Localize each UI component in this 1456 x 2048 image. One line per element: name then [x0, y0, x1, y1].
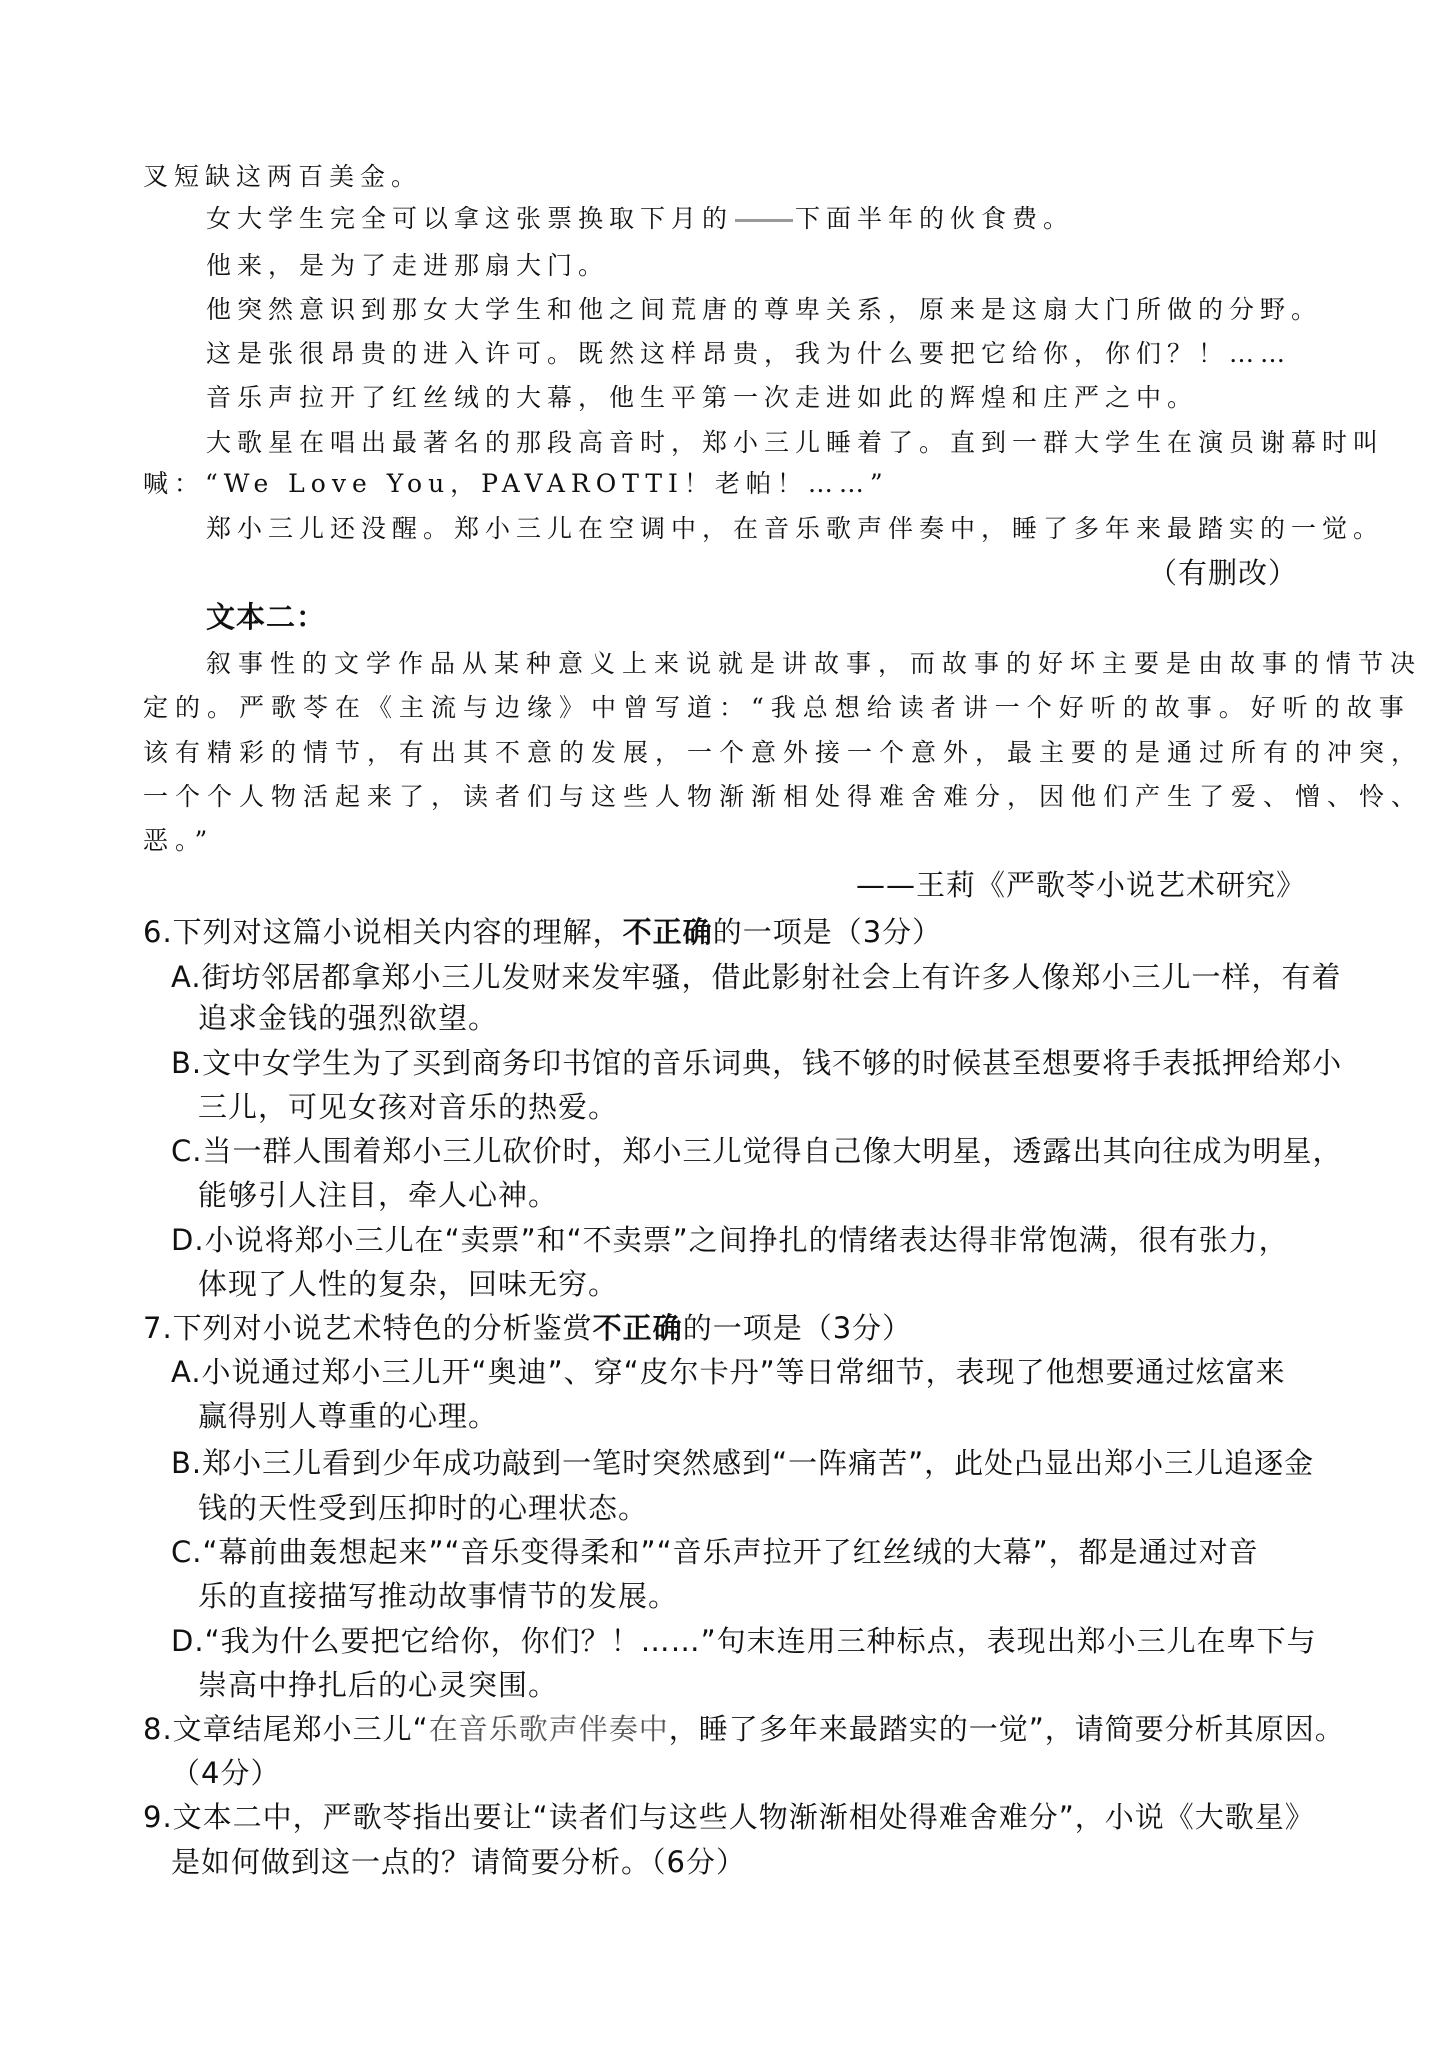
em-dash	[735, 219, 793, 222]
option-text: “我为什么要把它给你，你们？！……”句末连用三种标点，表现出郑小三儿在卑下与	[205, 1624, 1317, 1658]
stem-emphasis: 不正确	[593, 1311, 683, 1345]
question-7-stem: 7.下列对小说艺术特色的分析鉴赏不正确的一项是（3分）	[143, 1308, 912, 1348]
story-line: 女大学生完全可以拿这张票换取下月的下面半年的伙食费。	[206, 199, 1074, 239]
abridged-note: （有删改）	[900, 553, 1298, 593]
story-line-part: 女大学生完全可以拿这张票换取下月的	[206, 204, 733, 233]
story-line: 叉短缺这两百美金。	[143, 157, 422, 197]
option-letter: B.	[171, 1446, 202, 1480]
option-text: 小说通过郑小三儿开“奥迪”、穿“皮尔卡丹”等日常细节，表现了他想要通过炫富来	[202, 1355, 1286, 1389]
text-two-heading: 文本二：	[206, 597, 326, 637]
question-8-stem: 8.文章结尾郑小三儿“在音乐歌声伴奏中，睡了多年来最踏实的一觉”，请简要分析其原…	[143, 1709, 1345, 1749]
stem-emphasis: 不正确	[623, 915, 713, 949]
option-letter: D.	[171, 1223, 205, 1257]
text-two-line: 定的。严歌苓在《主流与边缘》中曾写道：“我总想给读者讲一个好听的故事。好听的故事	[143, 688, 1411, 728]
question-6-option-c: C.当一群人围着郑小三儿砍价时，郑小三儿觉得自己像大明星，透露出其向往成为明星，	[171, 1131, 1342, 1171]
option-text: “幕前曲轰想起来”“音乐变得柔和”“音乐声拉开了红丝绒的大幕”，都是通过对音	[202, 1535, 1258, 1569]
question-7-option-d: D.“我为什么要把它给你，你们？！……”句末连用三种标点，表现出郑小三儿在卑下与	[171, 1621, 1317, 1661]
stem-text: 的一项是（3分）	[713, 915, 942, 949]
question-6-option-b: B.文中女学生为了买到商务印书馆的音乐词典，钱不够的时候甚至想要将手表抵押给郑小	[171, 1043, 1342, 1083]
option-text: 当一群人围着郑小三儿砍价时，郑小三儿觉得自己像大明星，透露出其向往成为明星，	[202, 1134, 1342, 1168]
option-letter: B.	[171, 1046, 202, 1080]
option-text-cont: 钱的天性受到压抑时的心理状态。	[198, 1488, 648, 1528]
question-6-option-d: D.小说将郑小三儿在“卖票”和“不卖票”之间挣扎的情绪表达得非常饱满，很有张力，	[171, 1220, 1289, 1260]
story-line-part: 下面半年的伙食费。	[795, 204, 1074, 233]
question-7-option-c: C.“幕前曲轰想起来”“音乐变得柔和”“音乐声拉开了红丝绒的大幕”，都是通过对音	[171, 1532, 1259, 1572]
text-two-line: 一个个人物活起来了，读者们与这些人物渐渐相处得难舍难分，因他们产生了爱、憎、怜、	[143, 777, 1423, 817]
option-text-cont: 乐的直接描写推动故事情节的发展。	[198, 1576, 678, 1616]
question-9-stem-cont: 是如何做到这一点的？请简要分析。（6分）	[171, 1842, 746, 1882]
question-6-option-a: A.街坊邻居都拿郑小三儿发财来发牢骚，借此影射社会上有许多人像郑小三儿一样，有着	[171, 957, 1342, 997]
option-text-cont: 赢得别人尊重的心理。	[198, 1396, 498, 1436]
question-7-option-a: A.小说通过郑小三儿开“奥迪”、穿“皮尔卡丹”等日常细节，表现了他想要通过炫富来	[171, 1352, 1286, 1392]
option-text: 小说将郑小三儿在“卖票”和“不卖票”之间挣扎的情绪表达得非常饱满，很有张力，	[205, 1223, 1289, 1257]
story-line: 他突然意识到那女大学生和他之间荒唐的尊卑关系，原来是这扇大门所做的分野。	[206, 290, 1322, 330]
stem-text: 6.下列对这篇小说相关内容的理解，	[143, 915, 623, 949]
option-letter: C.	[171, 1535, 202, 1569]
option-text-cont: 追求金钱的强烈欲望。	[198, 998, 498, 1038]
question-8-score: （4分）	[171, 1753, 280, 1793]
stem-text: 的一项是（3分）	[683, 1311, 912, 1345]
option-text-cont: 三儿，可见女孩对音乐的热爱。	[198, 1087, 618, 1127]
option-text-cont: 体现了人性的复杂，回味无穷。	[198, 1264, 618, 1304]
story-line: 郑小三儿还没醒。郑小三儿在空调中，在音乐歌声伴奏中，睡了多年来最踏实的一觉。	[206, 509, 1384, 549]
stem-text: ，睡了多年来最踏实的一觉”，请简要分析其原因。	[669, 1712, 1345, 1746]
option-letter: D.	[171, 1624, 205, 1658]
text-two-line: 该有精彩的情节，有出其不意的发展，一个意外接一个意外，最主要的是通过所有的冲突，	[143, 733, 1423, 773]
stem-text: 7.下列对小说艺术特色的分析鉴赏	[143, 1311, 593, 1345]
citation: ——王莉《严歌苓小说艺术研究》	[700, 865, 1306, 905]
option-letter: A.	[171, 960, 202, 994]
question-7-option-b: B.郑小三儿看到少年成功敲到一笔时突然感到“一阵痛苦”，此处凸显出郑小三儿追逐金	[171, 1443, 1314, 1483]
option-text: 街坊邻居都拿郑小三儿发财来发牢骚，借此影射社会上有许多人像郑小三儿一样，有着	[202, 960, 1342, 994]
story-line: 喊：“We Love You，PAVAROTTI！老帕！……”	[143, 464, 889, 504]
story-line: 他来，是为了走进那扇大门。	[206, 246, 609, 286]
document-page: { "text_one": { "lines": [ "叉短缺这两百美金。", …	[0, 0, 1456, 2048]
option-text: 文中女学生为了买到商务印书馆的音乐词典，钱不够的时候甚至想要将手表抵押给郑小	[202, 1046, 1342, 1080]
option-text: 郑小三儿看到少年成功敲到一笔时突然感到“一阵痛苦”，此处凸显出郑小三儿追逐金	[202, 1446, 1314, 1480]
question-9-stem: 9.文本二中，严歌苓指出要让“读者们与这些人物渐渐相处得难舍难分”，小说《大歌星…	[143, 1797, 1315, 1837]
story-line: 音乐声拉开了红丝绒的大幕，他生平第一次走进如此的辉煌和庄严之中。	[206, 378, 1198, 418]
option-letter: C.	[171, 1134, 202, 1168]
option-letter: A.	[171, 1355, 202, 1389]
option-text-cont: 崇高中挣扎后的心灵突围。	[198, 1665, 558, 1705]
option-text-cont: 能够引人注目，牵人心神。	[198, 1175, 558, 1215]
story-line: 这是张很昂贵的进入许可。既然这样昂贵，我为什么要把它给你，你们？！……	[206, 334, 1291, 374]
stem-quote: 在音乐歌声伴奏中	[429, 1712, 669, 1746]
stem-text: 8.文章结尾郑小三儿“	[143, 1712, 429, 1746]
story-line: 大歌星在唱出最著名的那段高音时，郑小三儿睡着了。直到一群大学生在演员谢幕时叫	[206, 423, 1384, 463]
text-two-line: 叙事性的文学作品从某种意义上来说就是讲故事，而故事的好坏主要是由故事的情节决	[206, 644, 1422, 684]
text-two-line: 恶。”	[143, 821, 214, 861]
question-6-stem: 6.下列对这篇小说相关内容的理解，不正确的一项是（3分）	[143, 912, 942, 952]
